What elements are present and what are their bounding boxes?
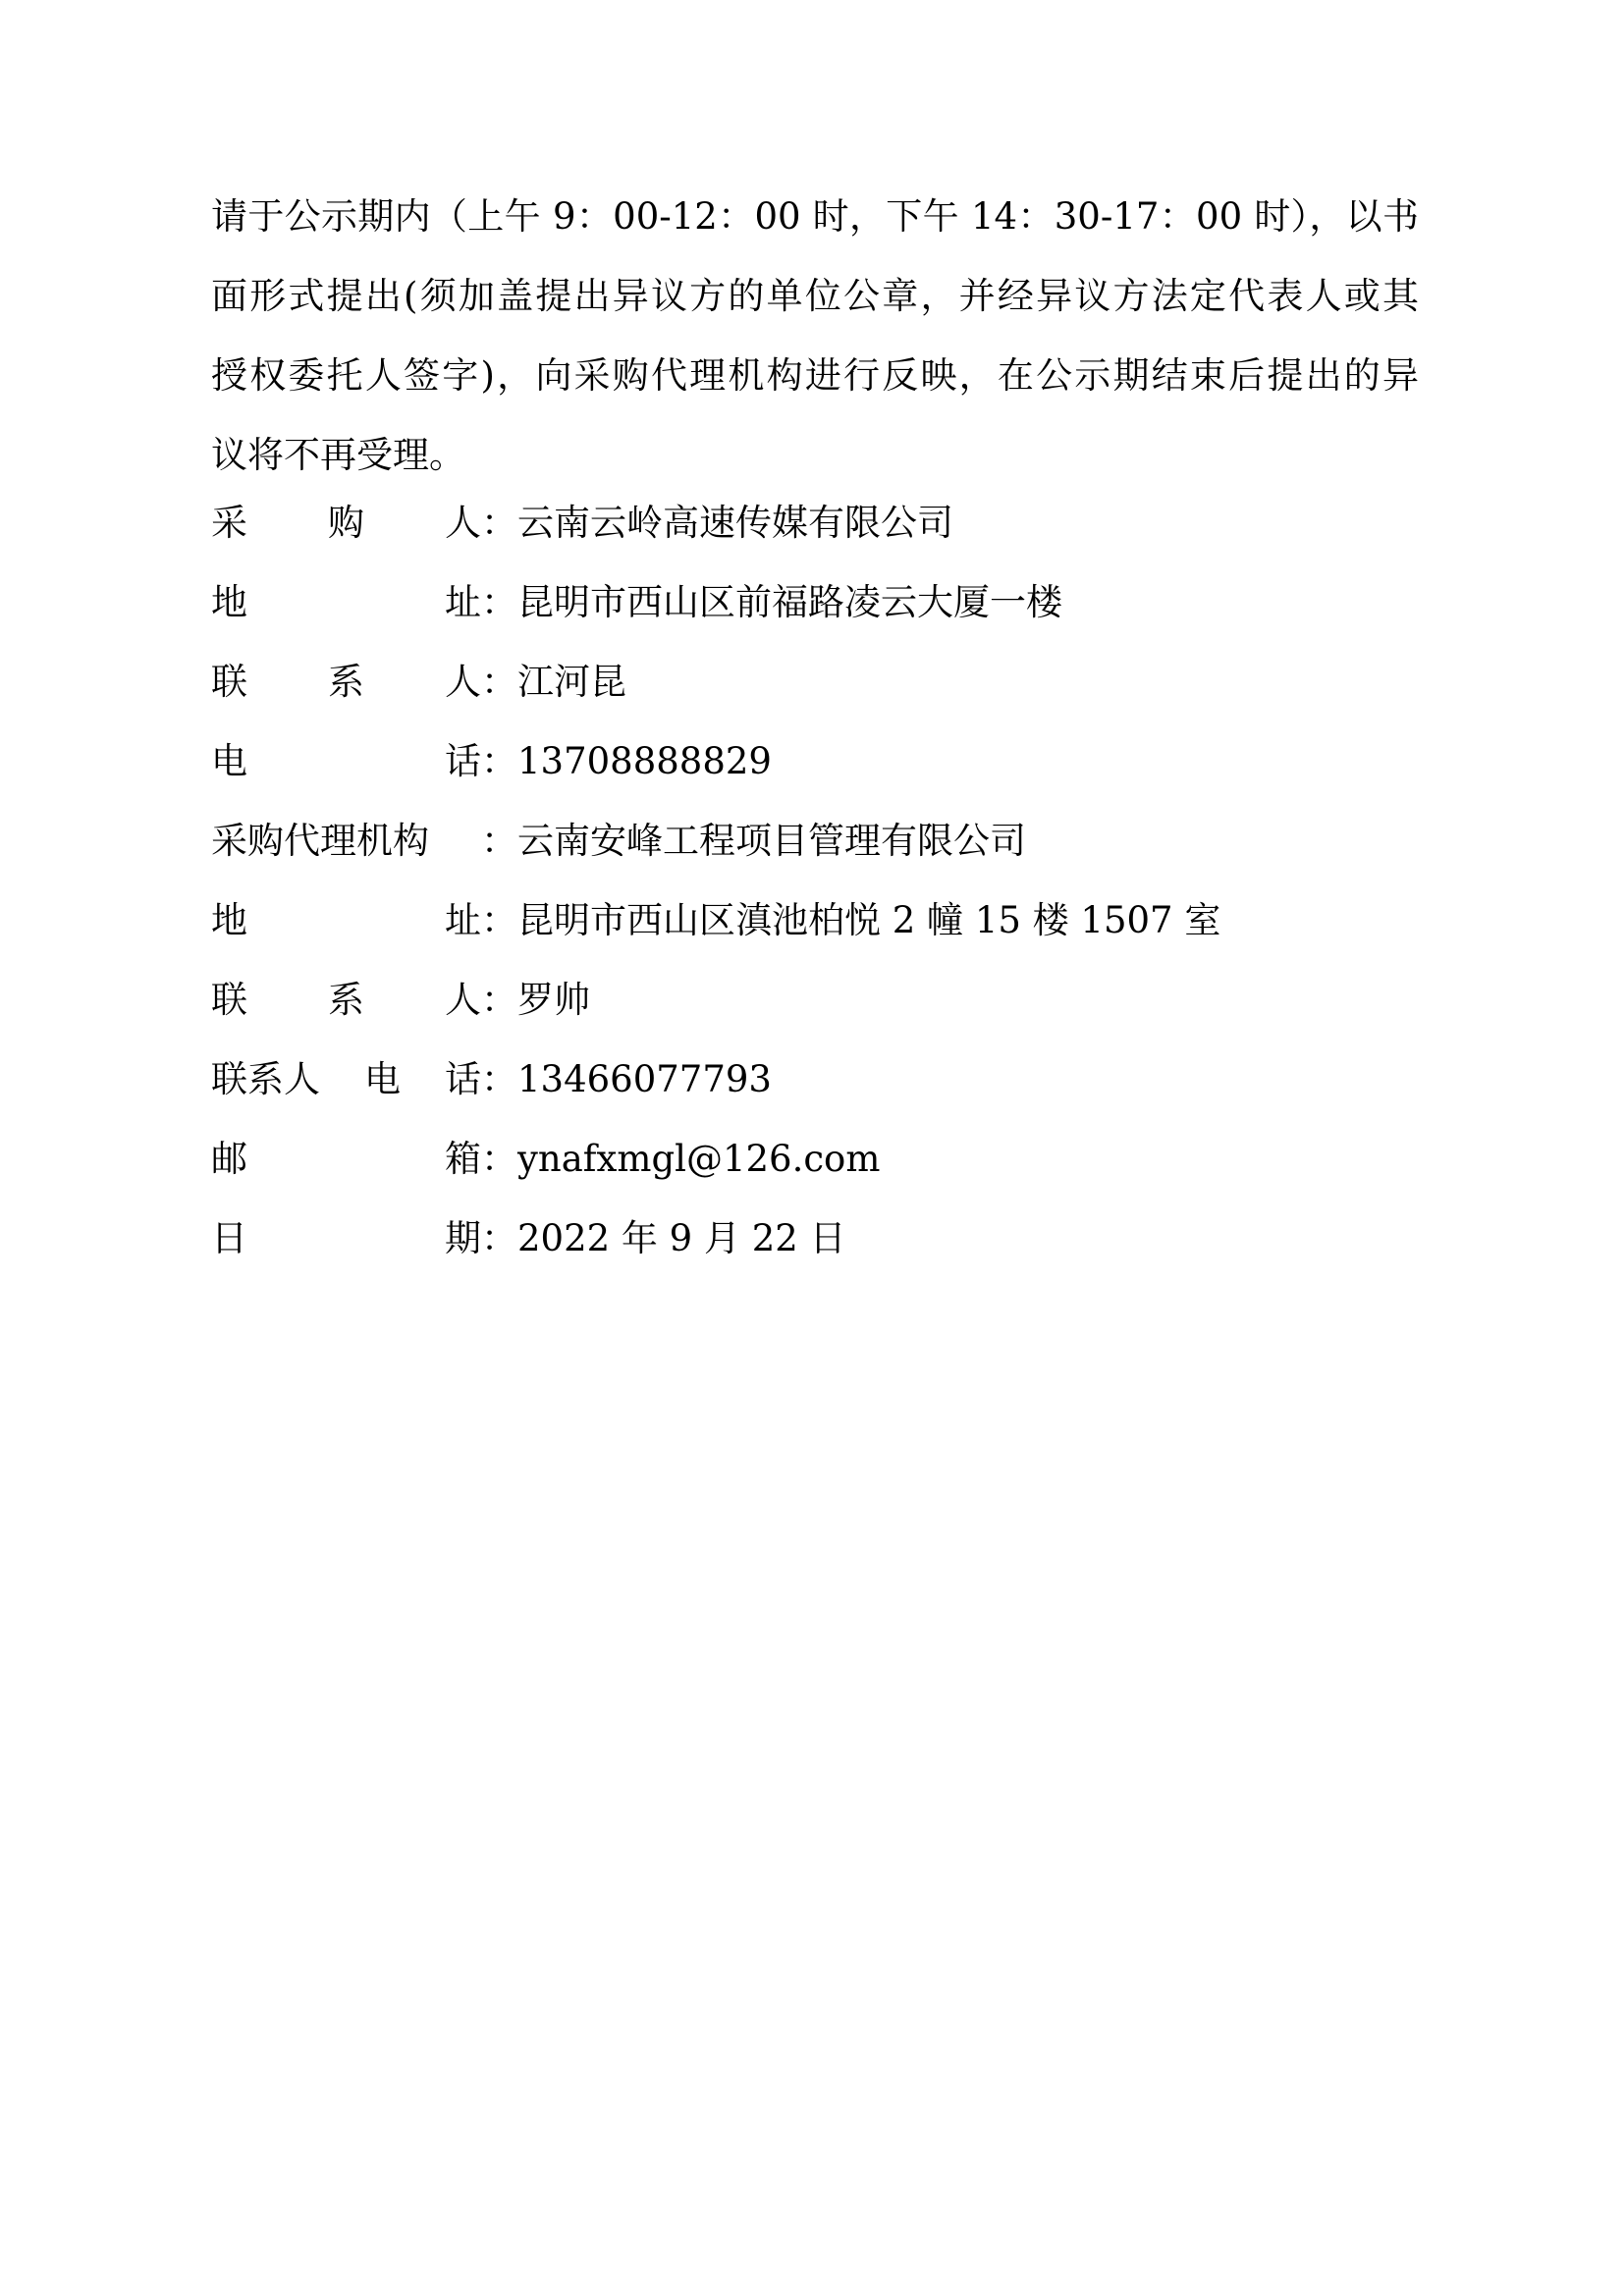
colon: ： bbox=[481, 1119, 517, 1199]
agency-contact-row: 联 系 人 ： 罗帅 bbox=[211, 960, 1419, 1040]
purchaser-contact-name: 江河昆 bbox=[517, 642, 626, 721]
colon: ： bbox=[481, 642, 517, 721]
field-label: 地 址 bbox=[211, 562, 481, 642]
agency-email-row: 邮 箱 ： ynafxmgl@126.com bbox=[211, 1119, 1419, 1199]
purchaser-phone-row: 电 话 ： 13708888829 bbox=[211, 721, 1419, 801]
purchaser-row: 采 购 人 ： 云南云岭高速传媒有限公司 bbox=[211, 483, 1419, 562]
agency-phone-row: 联系人 电 话 ： 13466077793 bbox=[211, 1040, 1419, 1119]
paragraph-line: 面形式提出(须加盖提出异议方的单位公章，并经异议方法定代表人或其 bbox=[211, 256, 1419, 336]
colon: ： bbox=[481, 483, 517, 562]
date-row: 日 期 ： 2022 年 9 月 22 日 bbox=[211, 1199, 1419, 1278]
colon: ： bbox=[481, 881, 517, 960]
paragraph-line: 请于公示期内（上午 9：00-12：00 时，下午 14：30-17：00 时）… bbox=[211, 177, 1419, 256]
field-label: 日 期 bbox=[211, 1199, 481, 1278]
agency-phone: 13466077793 bbox=[517, 1040, 772, 1119]
purchaser-phone: 13708888829 bbox=[517, 721, 772, 801]
agency-contact-name: 罗帅 bbox=[517, 960, 590, 1040]
field-label: 电 话 bbox=[211, 721, 481, 801]
objection-notice-paragraph: 请于公示期内（上午 9：00-12：00 时，下午 14：30-17：00 时）… bbox=[211, 177, 1419, 495]
field-label: 采 购 人 bbox=[211, 483, 481, 562]
document-page: 请于公示期内（上午 9：00-12：00 时，下午 14：30-17：00 时）… bbox=[0, 0, 1624, 2296]
field-label: 联 系 人 bbox=[211, 960, 481, 1040]
field-label: 邮 箱 bbox=[211, 1119, 481, 1199]
colon: ： bbox=[481, 960, 517, 1040]
field-label: 地 址 bbox=[211, 881, 481, 960]
agency-address-row: 地 址 ： 昆明市西山区滇池柏悦 2 幢 15 楼 1507 室 bbox=[211, 881, 1419, 960]
field-label: 联 系 人 bbox=[211, 642, 481, 721]
agency-email: ynafxmgl@126.com bbox=[517, 1119, 880, 1199]
contact-info-list: 采 购 人 ： 云南云岭高速传媒有限公司 地 址 ： 昆明市西山区前福路凌云大厦… bbox=[211, 483, 1419, 1278]
field-label: 采购代理机构 bbox=[211, 801, 481, 881]
purchaser-address-row: 地 址 ： 昆明市西山区前福路凌云大厦一楼 bbox=[211, 562, 1419, 642]
purchaser-address: 昆明市西山区前福路凌云大厦一楼 bbox=[517, 562, 1062, 642]
agency-row: 采购代理机构 ： 云南安峰工程项目管理有限公司 bbox=[211, 801, 1419, 881]
notice-date: 2022 年 9 月 22 日 bbox=[517, 1199, 846, 1278]
purchaser-contact-row: 联 系 人 ： 江河昆 bbox=[211, 642, 1419, 721]
paragraph-line: 授权委托人签字)，向采购代理机构进行反映，在公示期结束后提出的异 bbox=[211, 336, 1419, 415]
agency-address: 昆明市西山区滇池柏悦 2 幢 15 楼 1507 室 bbox=[517, 881, 1220, 960]
colon: ： bbox=[481, 1199, 517, 1278]
colon: ： bbox=[481, 721, 517, 801]
colon: ： bbox=[481, 1040, 517, 1119]
agency-name: 云南安峰工程项目管理有限公司 bbox=[517, 801, 1026, 881]
purchaser-name: 云南云岭高速传媒有限公司 bbox=[517, 483, 953, 562]
colon: ： bbox=[481, 562, 517, 642]
field-label: 联系人 电 话 bbox=[211, 1040, 481, 1119]
colon: ： bbox=[481, 801, 517, 881]
